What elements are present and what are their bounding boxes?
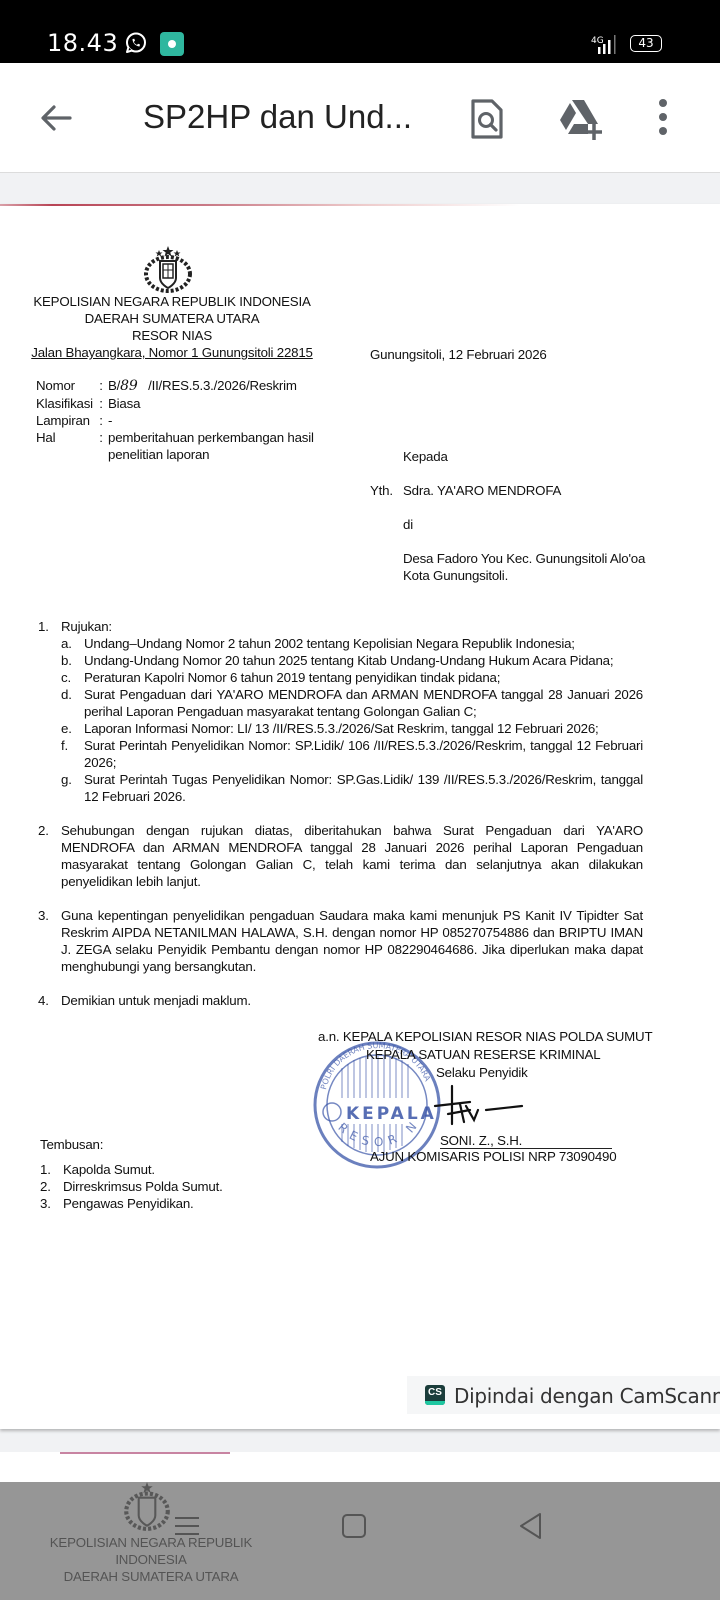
cc-item: 2.Dirreskrimsus Polda Sumut. [40,1178,300,1195]
reference-g: g.Surat Perintah Tugas Penyelidikan Nomo… [38,771,643,805]
meta-row-klasifikasi: Klasifikasi : Biasa [36,395,318,412]
meta-row-nomor: Nomor : B/89 /II/RES.5.3./2026/Reskrim [36,377,318,395]
document-title: SP2HP dan Und... [143,98,412,136]
document-page: KEPOLISIAN NEGARA REPUBLIK INDONESIA DAE… [0,204,720,1429]
scan-edge-line [0,204,520,206]
cc-item: 3.Pengawas Penyidikan. [40,1195,300,1212]
signature-scribble [430,1084,530,1134]
tembusan-block: Tembusan: 1.Kapolda Sumut. 2.Dirreskrims… [40,1136,300,1212]
letter-meta: Nomor : B/89 /II/RES.5.3./2026/Reskrim K… [36,377,318,463]
app-bar: SP2HP dan Und... [0,63,720,173]
status-time: 18.43 [47,29,118,57]
recipient-name: Sdra. YA'ARO MENDROFA [403,482,561,499]
letterhead-address: Jalan Bhayangkara, Nomor 1 Gunungsitoli … [30,344,314,361]
letterhead-line2: DAERAH SUMATERA UTARA [30,310,314,327]
signatory-rank: AJUN KOMISARIS POLISI NRP 73090490 [370,1148,616,1165]
police-crest-icon [142,244,194,294]
network-type: 4G [591,36,604,46]
recent-apps-icon[interactable] [175,1515,199,1537]
point-3: 3.Guna kepentingan penyelidikan pengadua… [38,907,643,975]
add-to-drive-icon[interactable] [558,98,604,140]
reference-c: c.Peraturan Kapolri Nomor 6 tahun 2019 t… [38,669,643,686]
reference-d: d.Surat Pengaduan dari YA'ARO MENDROFA d… [38,686,643,720]
letter-body: 1. Rujukan: a.Undang–Undang Nomor 2 tahu… [38,618,643,1009]
signatory-name: SONI. Z., S.H. [440,1132,522,1149]
camscanner-watermark: CS Dipindai dengan CamScanner [407,1376,720,1414]
status-bar: 18.43 4G 43 [0,0,720,63]
app-notification-icon [160,32,184,56]
meta-row-lampiran: Lampiran : - [36,412,318,429]
letterhead: KEPOLISIAN NEGARA REPUBLIK INDONESIA DAE… [30,293,314,361]
stamp-label: KEPALA [346,1104,437,1124]
camscanner-logo-icon: CS [425,1385,445,1405]
letterhead-line1: KEPOLISIAN NEGARA REPUBLIK INDONESIA [30,293,314,310]
signal-icon: 4G [588,34,624,54]
back-arrow-icon[interactable] [36,98,76,138]
point-1: 1. Rujukan: [38,618,643,635]
handwritten-number: 89 [120,378,137,394]
battery-icon: 43 [630,35,662,52]
whatsapp-icon [124,31,148,55]
reference-f: f.Surat Perintah Penyelidikan Nomor: SP.… [38,737,643,771]
system-nav-bar [0,1482,720,1600]
letterhead-line3: RESOR NIAS [30,327,314,344]
point-2: 2.Sehubungan dengan rujukan diatas, dibe… [38,822,643,890]
reference-e: e.Laporan Informasi Nomor: LI/ 13 /II/RE… [38,720,643,737]
more-vert-icon[interactable] [655,98,671,138]
find-in-document-icon[interactable] [470,98,504,140]
reference-b: b.Undang-Undang Nomor 20 tahun 2025 tent… [38,652,643,669]
place-date: Gunungsitoli, 12 Februari 2026 [370,346,547,363]
back-icon[interactable] [518,1512,544,1540]
cc-item: 1.Kapolda Sumut. [40,1161,300,1178]
home-icon[interactable] [342,1514,366,1538]
point-4: 4.Demikian untuk menjadi maklum. [38,992,643,1009]
meta-row-hal: Hal : pemberitahuan perkembangan hasil p… [36,429,318,463]
reference-a: a.Undang–Undang Nomor 2 tahun 2002 tenta… [38,635,643,652]
